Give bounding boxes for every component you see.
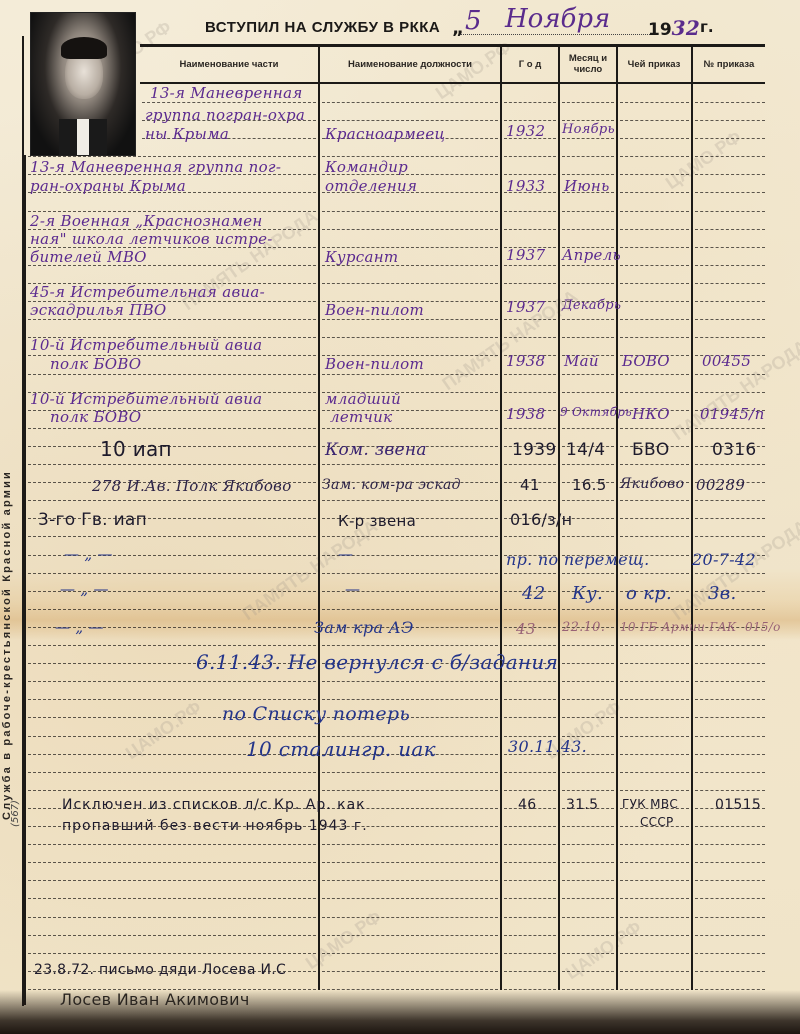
ruled-line — [620, 645, 689, 646]
ruled-line — [620, 392, 689, 393]
ruled-line — [504, 862, 556, 863]
ruled-line — [562, 772, 614, 773]
ruled-line — [562, 392, 614, 393]
cell-year: 1937 — [506, 246, 545, 264]
column-header-month-day: Месяц и число — [560, 48, 616, 82]
ruled-line — [695, 935, 765, 936]
ruled-line — [695, 790, 765, 791]
cell-month-day: Май — [564, 352, 599, 370]
cell-order-no: 20-7-42 — [692, 550, 756, 569]
ruled-line — [620, 681, 689, 682]
date-year-printed: 19 — [648, 20, 672, 40]
ruled-line — [28, 898, 316, 899]
portrait-hair — [61, 37, 107, 59]
ruled-line — [562, 971, 614, 972]
ruled-line — [28, 464, 316, 465]
ruled-line — [620, 301, 689, 302]
cell-unit: полк БОВО — [50, 408, 141, 426]
ruled-line — [562, 880, 614, 881]
ruled-line — [695, 880, 765, 881]
ruled-line — [695, 898, 765, 899]
cell-month-day: Апрель — [562, 246, 621, 264]
note-not-returned: 6.11.43. Не вернулся с б/задания — [196, 650, 558, 674]
ruled-line — [695, 265, 765, 266]
cell-year: 42 — [522, 583, 546, 604]
cell-year: 1933 — [506, 177, 545, 195]
ruled-line — [504, 645, 556, 646]
ruled-line — [322, 790, 498, 791]
cell-month-day: Декабрь — [562, 298, 621, 313]
ruled-line — [28, 573, 316, 574]
page-title: ВСТУПИЛ НА СЛУЖБУ В РККА — [205, 19, 440, 36]
ruled-line — [504, 102, 556, 103]
ruled-line — [322, 319, 498, 320]
ruled-line — [620, 971, 689, 972]
ruled-line — [695, 374, 765, 375]
ruled-line — [504, 699, 556, 700]
side-number: (567) — [10, 800, 21, 827]
ruled-line — [28, 609, 316, 610]
ruled-line — [695, 609, 765, 610]
ruled-line — [322, 428, 498, 429]
cell-order-no: 00289 — [696, 476, 745, 494]
ruled-line — [695, 283, 765, 284]
ruled-line — [28, 844, 316, 845]
exclusion-text: пропавший без вести ноябрь 1943 г. — [62, 818, 368, 834]
ruled-line — [620, 772, 689, 773]
cell-unit: эскадрилья ПВО — [30, 301, 167, 319]
ruled-line — [620, 754, 689, 755]
ruled-line — [28, 446, 316, 447]
ruled-line — [322, 880, 498, 881]
cell-order-no: 01945/п — [700, 405, 765, 423]
side-label: Служба в рабоче-крестьянской Красной арм… — [1, 470, 13, 820]
cell-year: пр. по перемещ. — [506, 550, 650, 569]
date-year-handwritten: 32 — [672, 16, 700, 40]
ruled-line — [620, 283, 689, 284]
ruled-line — [28, 880, 316, 881]
cell-unit: ран-охраны Крыма — [30, 177, 186, 195]
ruled-line — [695, 536, 765, 537]
cell-order-by: 10 ГБ Армии ГАК — [620, 620, 736, 634]
ruled-line — [695, 663, 765, 664]
ruled-line — [28, 681, 316, 682]
date-month: Ноября — [505, 4, 610, 34]
ruled-line — [695, 337, 765, 338]
column-header-year: Г о д — [502, 48, 558, 82]
cell-position: — — [345, 580, 360, 598]
ruled-line — [28, 772, 316, 773]
ruled-line — [562, 609, 614, 610]
ruled-line — [620, 102, 689, 103]
exclusion-order-by: ГУК МВС — [622, 797, 678, 811]
ruled-line — [620, 699, 689, 700]
ruled-line — [562, 681, 614, 682]
cell-year: 41 — [520, 476, 540, 494]
ruled-line — [695, 518, 765, 519]
cell-position: Курсант — [325, 248, 398, 266]
cell-order-no: 00455 — [702, 352, 751, 370]
ruled-line — [620, 573, 689, 574]
ruled-line — [695, 500, 765, 501]
ruled-line — [504, 790, 556, 791]
ruled-line — [322, 229, 498, 230]
cell-year: 016/з/н — [510, 510, 572, 529]
ruled-line — [695, 464, 765, 465]
ruled-line — [695, 971, 765, 972]
ruled-line — [562, 717, 614, 718]
cell-order-by: БОВО — [622, 352, 670, 370]
ruled-line — [28, 699, 316, 700]
footer-note-letter: 23.8.72. письмо дяди Лосева И.С — [34, 962, 286, 978]
ruled-line — [322, 844, 498, 845]
ruled-line — [695, 953, 765, 954]
ruled-line — [28, 428, 316, 429]
ruled-line — [620, 138, 689, 139]
cell-year: 43 — [516, 620, 536, 638]
column-header-unit: Наименование части — [140, 48, 318, 82]
ruled-line — [695, 120, 765, 121]
cell-position: Воен-пилот — [325, 301, 424, 319]
cell-year: 1938 — [506, 352, 545, 370]
ruled-line — [620, 898, 689, 899]
ruled-line — [695, 862, 765, 863]
date-underline — [460, 34, 650, 35]
ruled-line — [695, 844, 765, 845]
ruled-line — [504, 229, 556, 230]
cell-order-by: НКО — [632, 405, 670, 423]
table-header-top-rule — [140, 44, 765, 47]
ruled-line — [322, 935, 498, 936]
ruled-line — [322, 500, 498, 501]
ruled-line — [562, 699, 614, 700]
ruled-line — [562, 862, 614, 863]
ruled-line — [620, 319, 689, 320]
ruled-line — [695, 428, 765, 429]
ruled-line — [620, 717, 689, 718]
ruled-line — [28, 536, 316, 537]
ruled-line — [504, 880, 556, 881]
ruled-line — [562, 500, 614, 501]
cell-unit: — „ — — [60, 580, 109, 598]
ruled-line — [695, 192, 765, 193]
cell-month-day: 16.5 — [572, 476, 607, 494]
column-header-order-by: Чей приказ — [618, 48, 690, 82]
ruled-line — [322, 211, 498, 212]
cell-unit: 45-я Истребительная авиа- — [30, 283, 265, 301]
ruled-line — [562, 953, 614, 954]
ruled-line — [620, 229, 689, 230]
ruled-line — [562, 229, 614, 230]
cell-unit: — „ — — [55, 618, 104, 636]
ruled-line — [695, 772, 765, 773]
date-open-quote: „ — [452, 18, 464, 39]
ruled-line — [504, 337, 556, 338]
cell-position: Красноармеец — [325, 125, 445, 143]
cell-unit: 10-й Истребительный авиа — [30, 390, 262, 408]
ruled-line — [322, 283, 498, 284]
column-divider — [500, 46, 502, 990]
ruled-line — [504, 573, 556, 574]
cell-unit: полк БОВО — [50, 355, 141, 373]
ruled-line — [322, 337, 498, 338]
cell-unit: 13-я Маневренная группа пог- — [30, 158, 281, 176]
ruled-line — [504, 464, 556, 465]
ruled-line — [504, 898, 556, 899]
ruled-line — [322, 772, 498, 773]
ruled-line — [562, 917, 614, 918]
ruled-line — [695, 319, 765, 320]
note-loss-list: по Списку потерь — [222, 703, 410, 725]
ruled-line — [504, 717, 556, 718]
ruled-line — [562, 826, 614, 827]
ruled-line — [562, 898, 614, 899]
cell-month-day: Ноябрь — [562, 122, 615, 137]
ruled-line — [620, 337, 689, 338]
ruled-line — [562, 935, 614, 936]
cell-order-no: 0316 — [712, 440, 756, 460]
ruled-line — [322, 898, 498, 899]
cell-month-day: Июнь — [564, 177, 610, 195]
ruled-line — [322, 917, 498, 918]
ruled-line — [28, 156, 316, 157]
ruled-line — [562, 174, 614, 175]
ruled-line — [28, 917, 316, 918]
ruled-line — [620, 156, 689, 157]
cell-position: Командир — [325, 158, 408, 176]
ruled-line — [620, 247, 689, 248]
cell-month-day: Ку. — [572, 583, 603, 604]
ruled-line — [695, 138, 765, 139]
ruled-line — [562, 573, 614, 574]
ruled-line — [504, 156, 556, 157]
column-header-position: Наименование должности — [320, 48, 500, 82]
ruled-line — [504, 374, 556, 375]
ruled-line — [620, 464, 689, 465]
ruled-line — [695, 736, 765, 737]
cell-year: 1938 — [506, 405, 545, 423]
column-divider — [616, 46, 618, 990]
footer-note-name: Лосев Иван Акимович — [60, 990, 250, 1009]
note-corps: 10 сталингр. иак — [246, 737, 436, 761]
exclusion-year: 46 — [518, 797, 536, 813]
cell-position: Зам. ком-ра эскад — [322, 477, 461, 493]
cell-position: отделения — [325, 177, 417, 195]
cell-position: Ком. звена — [325, 440, 427, 460]
cell-unit: группа погран-охра — [145, 106, 305, 124]
exclusion-text: Исключен из списков л/с Кр. Ар. как — [62, 797, 366, 813]
column-header-order-no: № приказа — [693, 48, 765, 82]
ruled-line — [620, 500, 689, 501]
portrait-tie — [59, 119, 107, 155]
exclusion-order-by: СССР — [640, 815, 674, 829]
ruled-line — [620, 374, 689, 375]
portrait-photo — [30, 12, 136, 156]
cell-unit: 278 И.Ав. Полк Якибово — [92, 477, 292, 495]
cell-unit: 2-я Военная „Краснознамен — [30, 212, 263, 230]
ruled-line — [695, 211, 765, 212]
ruled-line — [562, 844, 614, 845]
ruled-line — [695, 645, 765, 646]
ruled-line — [695, 301, 765, 302]
ruled-line — [504, 681, 556, 682]
ruled-line — [620, 862, 689, 863]
ruled-line — [322, 156, 498, 157]
ruled-line — [562, 428, 614, 429]
cell-position: Воен-пилот — [325, 355, 424, 373]
ruled-line — [562, 102, 614, 103]
cell-unit: — „ — — [64, 545, 113, 563]
ruled-line — [28, 953, 316, 954]
ruled-line — [620, 880, 689, 881]
ruled-line — [28, 500, 316, 501]
ruled-line — [562, 536, 614, 537]
ruled-line — [562, 663, 614, 664]
cell-position: — — [338, 545, 353, 563]
ruled-line — [322, 536, 498, 537]
ruled-line — [504, 283, 556, 284]
ruled-line — [695, 826, 765, 827]
cell-unit: бителей МВО — [30, 248, 147, 266]
ruled-line — [695, 247, 765, 248]
ruled-line — [562, 645, 614, 646]
ruled-line — [322, 374, 498, 375]
ruled-line — [504, 265, 556, 266]
cell-position: летчик — [330, 408, 392, 426]
ruled-line — [562, 374, 614, 375]
ruled-line — [695, 174, 765, 175]
ruled-line — [322, 464, 498, 465]
ruled-line — [504, 953, 556, 954]
ruled-line — [322, 862, 498, 863]
cell-year: 1932 — [506, 122, 545, 140]
ruled-line — [620, 211, 689, 212]
ruled-line — [322, 102, 498, 103]
cell-year: 1937 — [506, 298, 545, 316]
date-suffix: г. — [700, 18, 714, 36]
ruled-line — [562, 337, 614, 338]
cell-unit: ны Крыма — [145, 125, 229, 143]
note-date: 30.11.43. — [508, 737, 587, 756]
ruled-line — [695, 229, 765, 230]
ruled-line — [620, 428, 689, 429]
ruled-line — [620, 174, 689, 175]
ruled-line — [695, 699, 765, 700]
ruled-line — [28, 374, 316, 375]
ruled-line — [562, 283, 614, 284]
ruled-line — [620, 935, 689, 936]
ruled-line — [562, 138, 614, 139]
cell-unit: 10-й Истребительный авиа — [30, 336, 262, 354]
cell-month-day: 9 Октябрь — [560, 405, 632, 419]
ruled-line — [620, 536, 689, 537]
cell-year: 1939 — [512, 440, 556, 460]
ruled-line — [504, 536, 556, 537]
cell-order-by: Якибово — [620, 476, 684, 492]
ruled-line — [562, 319, 614, 320]
ruled-line — [322, 971, 498, 972]
ruled-line — [28, 645, 316, 646]
ruled-line — [322, 120, 498, 121]
ruled-line — [562, 211, 614, 212]
ruled-line — [695, 392, 765, 393]
ruled-line — [620, 917, 689, 918]
cell-month-day: 22.10. — [562, 620, 605, 635]
cell-order-by: о кр. — [626, 583, 672, 604]
ruled-line — [504, 392, 556, 393]
ruled-line — [562, 120, 614, 121]
ruled-line — [562, 790, 614, 791]
ruled-line — [620, 663, 689, 664]
ruled-line — [504, 500, 556, 501]
cell-unit: 13-я Маневренная — [150, 84, 303, 102]
ruled-line — [142, 102, 316, 103]
ruled-line — [504, 319, 556, 320]
ruled-line — [322, 609, 498, 610]
cell-order-by: БВО — [632, 440, 670, 460]
ruled-line — [695, 102, 765, 103]
ruled-line — [695, 754, 765, 755]
ruled-line — [504, 917, 556, 918]
ruled-line — [695, 917, 765, 918]
ruled-line — [322, 681, 498, 682]
ruled-line — [322, 699, 498, 700]
ruled-line — [504, 120, 556, 121]
ruled-line — [504, 971, 556, 972]
cell-unit: ная" школа летчиков истре- — [30, 230, 273, 248]
ruled-line — [695, 573, 765, 574]
ruled-line — [504, 174, 556, 175]
cell-month-day: 14/4 — [566, 440, 605, 460]
ruled-line — [504, 609, 556, 610]
ruled-line — [620, 844, 689, 845]
ruled-line — [620, 736, 689, 737]
ruled-line — [620, 192, 689, 193]
ruled-line — [504, 826, 556, 827]
column-divider — [24, 155, 26, 1005]
column-divider — [691, 46, 693, 990]
ruled-line — [695, 156, 765, 157]
cell-unit: 3-го Гв. иап — [38, 510, 147, 530]
ruled-line — [620, 518, 689, 519]
ruled-line — [28, 862, 316, 863]
cell-position: К-р звена — [338, 512, 416, 530]
cell-position: Зам кра АЭ — [314, 618, 414, 637]
ruled-line — [322, 573, 498, 574]
ruled-line — [504, 772, 556, 773]
ruled-line — [695, 717, 765, 718]
ruled-line — [620, 265, 689, 266]
ruled-line — [620, 120, 689, 121]
ruled-line — [504, 935, 556, 936]
exclusion-month-day: 31.5 — [566, 797, 598, 813]
ruled-line — [322, 953, 498, 954]
cell-unit: 10 иап — [100, 437, 172, 461]
ruled-line — [562, 464, 614, 465]
ruled-line — [28, 319, 316, 320]
cell-order-no: 015/о — [745, 620, 781, 634]
ruled-line — [620, 790, 689, 791]
ruled-line — [28, 935, 316, 936]
date-day: 5 — [465, 6, 482, 36]
cell-order-no: 3в. — [708, 583, 737, 604]
ruled-line — [620, 609, 689, 610]
ruled-line — [562, 156, 614, 157]
ruled-line — [504, 428, 556, 429]
ruled-line — [620, 953, 689, 954]
column-divider — [318, 46, 320, 990]
ruled-line — [28, 790, 316, 791]
